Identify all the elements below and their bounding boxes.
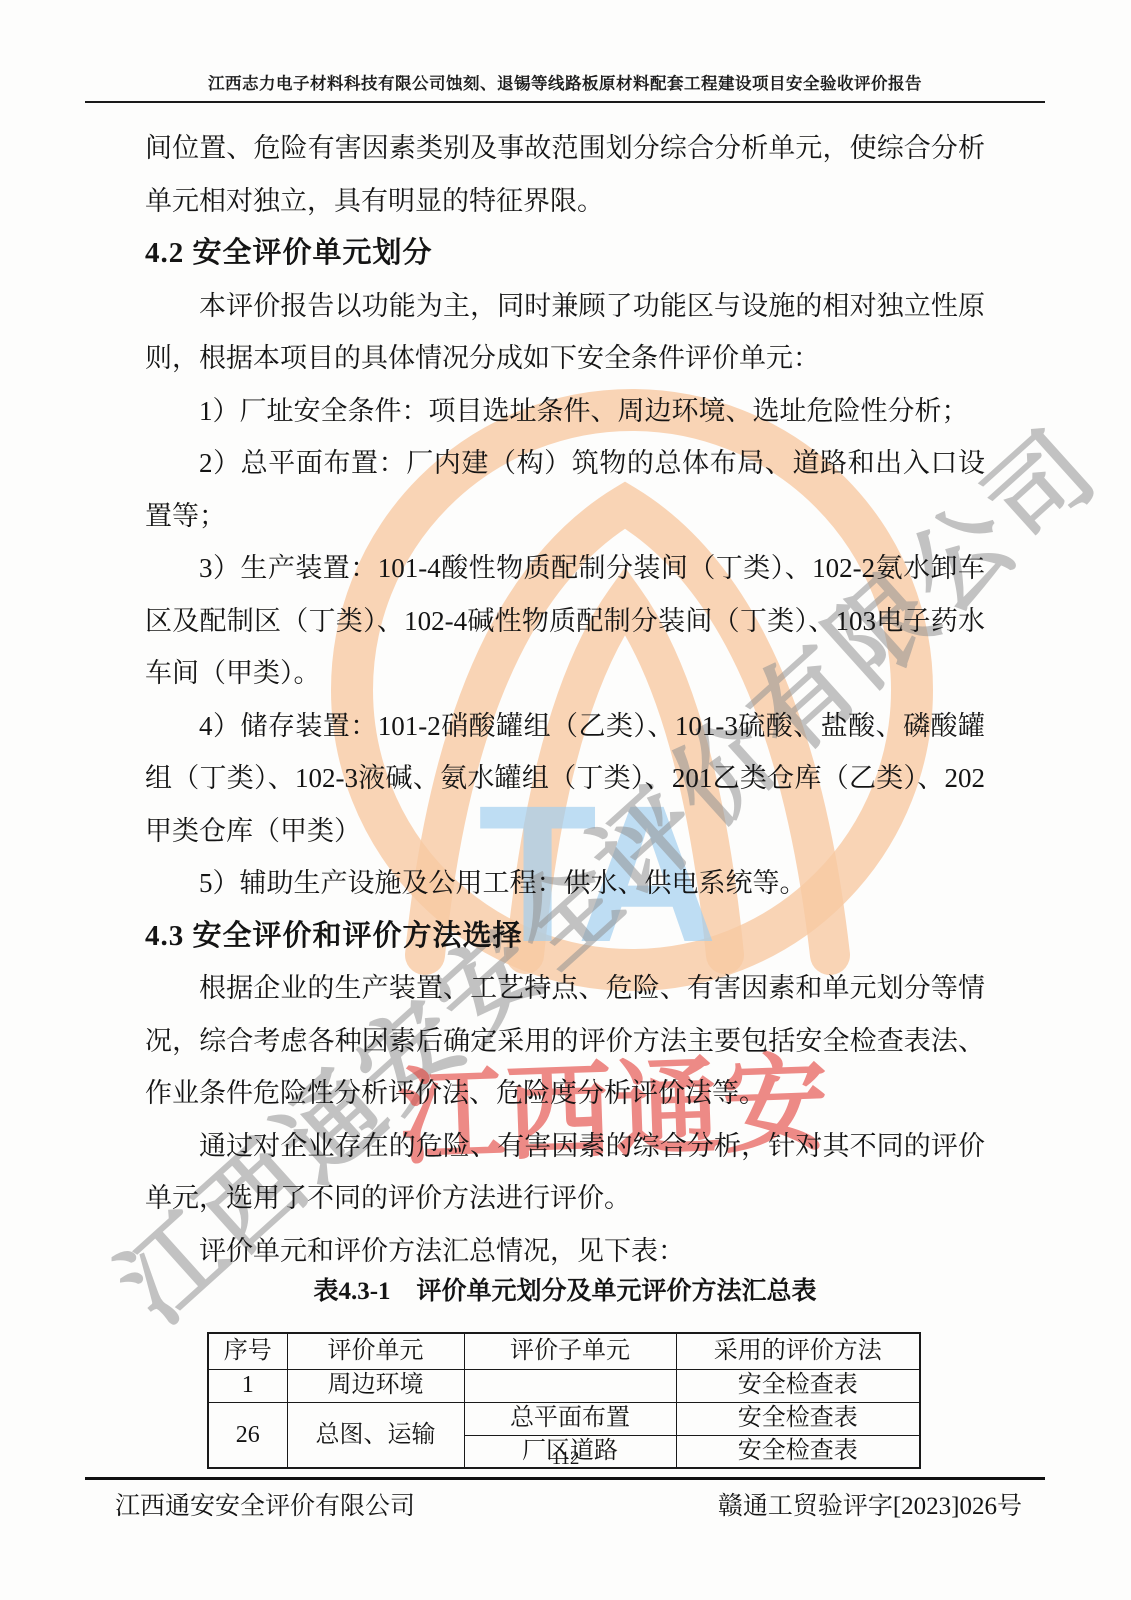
cell-subunit-layout: 总平面布置: [464, 1402, 676, 1435]
col-header-method: 采用的评价方法: [676, 1333, 920, 1369]
cell-method-checklist: 安全检查表: [676, 1402, 920, 1435]
list-item-2-layout: 2）总平面布置：厂内建（构）筑物的总体布局、道路和出入口设置等；: [145, 437, 985, 542]
cell-method-checklist: 安全检查表: [676, 1369, 920, 1402]
page-header: 江西志力电子材料科技有限公司蚀刻、退锡等线路板原材料配套工程建设项目安全验收评价…: [85, 70, 1045, 103]
document-body: 间位置、危险有害因素类别及事故范围划分综合分析单元，使综合分析单元相对独立，具有…: [145, 122, 985, 1469]
header-rule: [85, 101, 1045, 103]
cell-unit-environment: 周边环境: [287, 1369, 464, 1402]
col-header-subunit: 评价子单元: [464, 1333, 676, 1369]
paragraph-unit-division: 本评价报告以功能为主，同时兼顾了功能区与设施的相对独立性原则，根据本项目的具体情…: [145, 280, 985, 385]
paragraph-see-table: 评价单元和评价方法汇总情况，见下表：: [145, 1225, 985, 1278]
col-header-unit: 评价单元: [287, 1333, 464, 1369]
section-heading-4-3: 4.3 安全评价和评价方法选择: [145, 910, 985, 963]
paragraph-intro-continuation: 间位置、危险有害因素类别及事故范围划分综合分析单元，使综合分析单元相对独立，具有…: [145, 122, 985, 227]
table-row: 26 总图、运输 总平面布置 安全检查表: [208, 1402, 920, 1435]
col-header-seq: 序号: [208, 1333, 287, 1369]
cell-seq-1: 1: [208, 1369, 287, 1402]
table-caption-label: 表4.3-1: [313, 1278, 390, 1305]
list-item-1-site-safety: 1）厂址安全条件：项目选址条件、周边环境、选址危险性分析；: [145, 385, 985, 438]
list-item-5-auxiliary: 5）辅助生产设施及公用工程：供水、供电系统等。: [145, 857, 985, 910]
list-item-3-production: 3）生产装置：101-4酸性物质配制分装间（丁类）、102-2氨水卸车区及配制区…: [145, 542, 985, 700]
footer-rule: [85, 1477, 1045, 1480]
section-heading-4-2: 4.2 安全评价单元划分: [145, 227, 985, 280]
footer-company-name: 江西通安安全评价有限公司: [115, 1486, 415, 1522]
paragraph-method-selection: 根据企业的生产装置、工艺特点、危险、有害因素和单元划分等情况，综合考虑各种因素后…: [145, 962, 985, 1120]
header-title: 江西志力电子材料科技有限公司蚀刻、退锡等线路板原材料配套工程建设项目安全验收评价…: [85, 70, 1045, 94]
table-row: 1 周边环境 安全检查表: [208, 1369, 920, 1402]
table-caption-title: 评价单元划分及单元评价方法汇总表: [417, 1278, 817, 1305]
cell-subunit-empty: [464, 1369, 676, 1402]
table-caption: 表4.3-1评价单元划分及单元评价方法汇总表: [145, 1277, 985, 1307]
list-item-4-storage: 4）储存装置：101-2硝酸罐组（乙类）、101-3硫酸、盐酸、磷酸罐组（丁类）…: [145, 700, 985, 858]
paragraph-analysis: 通过对企业存在的危险、有害因素的综合分析，针对其不同的评价单元，选用了不同的评价…: [145, 1120, 985, 1225]
document-page: TA 江西通安安全评价有限公司 江西通安 江西志力电子材料科技有限公司蚀刻、退锡…: [0, 0, 1131, 1600]
footer-document-number: 赣通工贸验评字[2023]026号: [718, 1486, 1022, 1522]
table-header-row: 序号 评价单元 评价子单元 采用的评价方法: [208, 1333, 920, 1369]
page-number: 112: [0, 1448, 1131, 1470]
